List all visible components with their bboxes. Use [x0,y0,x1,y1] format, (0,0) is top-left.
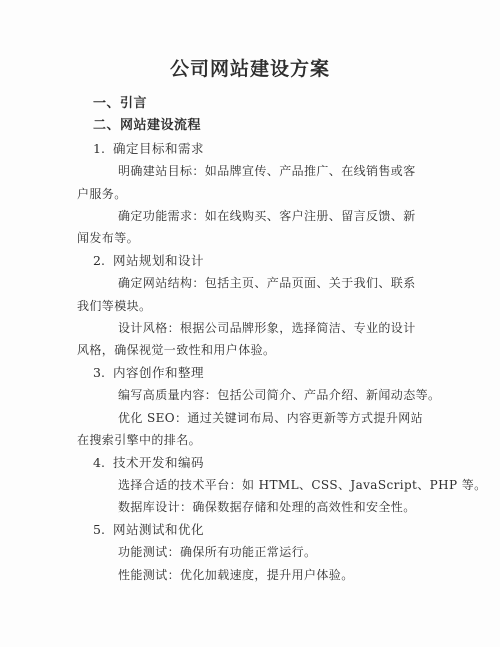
document-title: 公司网站建设方案 [0,0,500,81]
paragraph-function-needs: 确定功能需求：如在线购买、客户注册、留言反馈、新闻发布等。 [0,205,500,250]
list-item-text: 内容创作和整理 [113,365,204,380]
list-item-text: 网站测试和优化 [113,522,204,537]
list-item-text: 网站规划和设计 [113,253,204,268]
list-item-text: 技术开发和编码 [113,455,204,470]
paragraph-performance-testing: 性能测试：优化加载速度，提升用户体验。 [0,564,500,586]
list-number: 5. [93,519,113,541]
paragraph-design-style: 设计风格：根据公司品牌形象，选择简洁、专业的设计风格，确保视觉一致性和用户体验。 [0,317,500,362]
list-number: 1. [93,138,113,160]
paragraph-function-testing: 功能测试：确保所有功能正常运行。 [0,541,500,563]
list-item-content-creation: 3.内容创作和整理 [0,362,500,384]
list-number: 2. [93,250,113,272]
section-heading-build-process: 二、网站建设流程 [0,115,500,137]
list-item-tech-development: 4.技术开发和编码 [0,452,500,474]
paragraph-seo-optimization: 优化 SEO：通过关键词布局、内容更新等方式提升网站在搜索引擎中的排名。 [0,407,500,452]
document-body: 一、引言 二、网站建设流程 1.确定目标和需求 明确建站目标：如品牌宣传、产品推… [0,81,500,586]
list-item-testing-optimization: 5.网站测试和优化 [0,519,500,541]
paragraph-site-goals: 明确建站目标：如品牌宣传、产品推广、在线销售或客户服务。 [0,160,500,205]
document-page: 公司网站建设方案 一、引言 二、网站建设流程 1.确定目标和需求 明确建站目标：… [0,0,500,647]
section-heading-introduction: 一、引言 [0,93,500,115]
list-number: 3. [93,362,113,384]
paragraph-tech-platform: 选择合适的技术平台：如 HTML、CSS、JavaScript、PHP 等。 [0,474,500,496]
list-item-text: 确定目标和需求 [113,141,204,156]
list-item-planning-design: 2.网站规划和设计 [0,250,500,272]
paragraph-database-design: 数据库设计：确保数据存储和处理的高效性和安全性。 [0,496,500,518]
list-item-goals-needs: 1.确定目标和需求 [0,138,500,160]
paragraph-quality-content: 编写高质量内容：包括公司简介、产品介绍、新闻动态等。 [0,384,500,406]
paragraph-site-structure: 确定网站结构：包括主页、产品页面、关于我们、联系我们等模块。 [0,272,500,317]
list-number: 4. [93,452,113,474]
